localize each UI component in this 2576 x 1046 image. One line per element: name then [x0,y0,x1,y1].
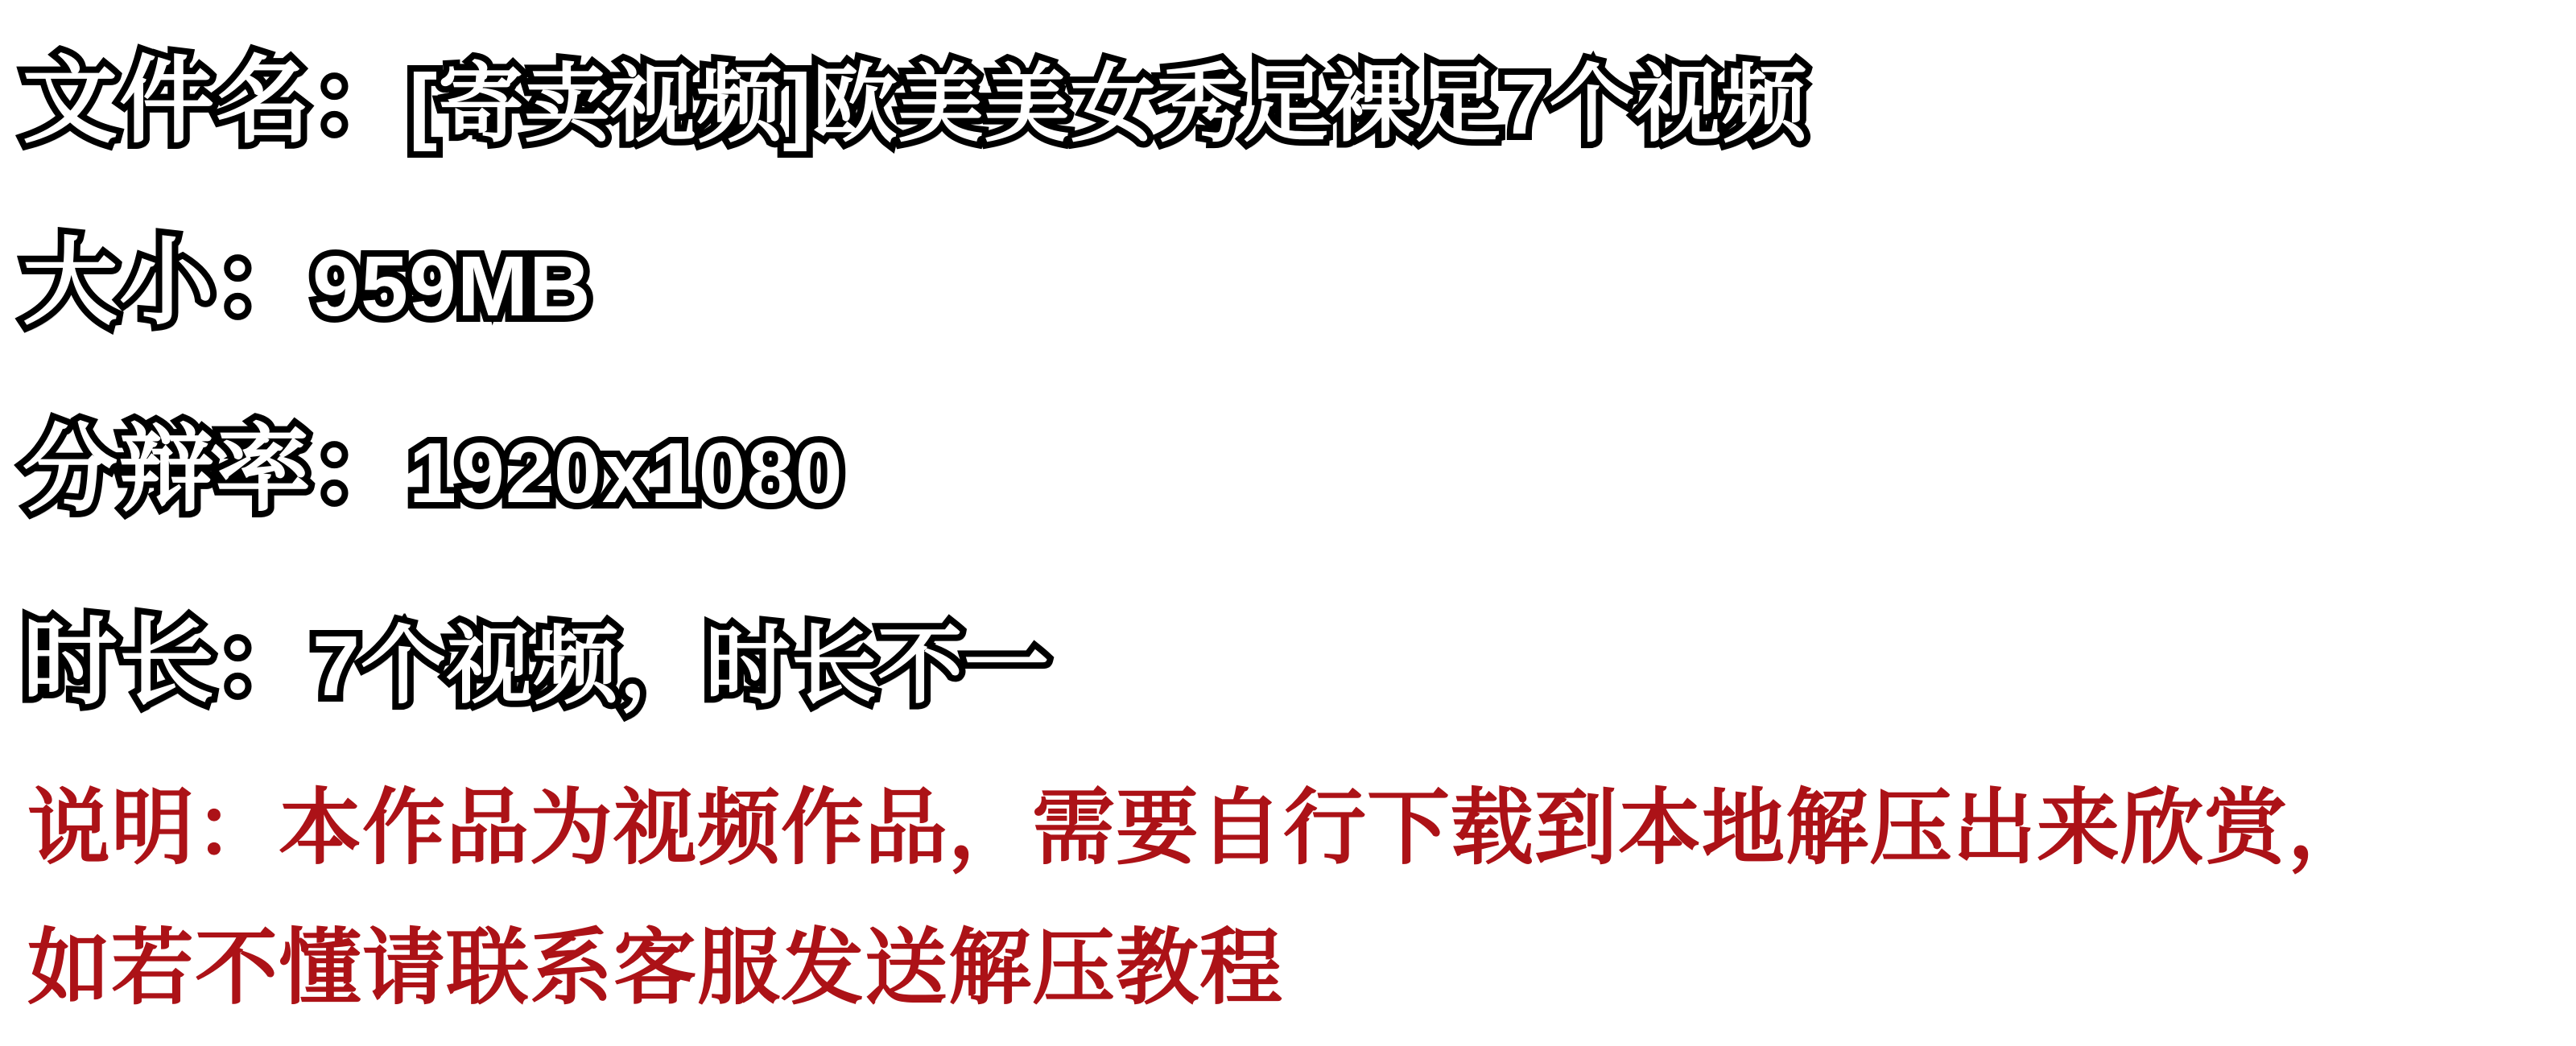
duration-line: 时长：7个视频，时长不一 时长：7个视频，时长不一 [23,612,1050,716]
file-size-fill-layer: 大小：959MB [23,232,592,336]
file-size-line: 大小：959MB 大小：959MB [23,232,592,336]
page: 文件名：[寄卖视频]欧美美女秀足裸足7个视频 文件名：[寄卖视频]欧美美女秀足裸… [0,0,2576,1046]
notice-line-1: 说明：本作品为视频作品，需要自行下载到本地解压出来欣赏， [27,782,2372,873]
file-name-line: 文件名：[寄卖视频]欧美美女秀足裸足7个视频 文件名：[寄卖视频]欧美美女秀足裸… [23,50,1808,154]
file-name-fill-layer: 文件名：[寄卖视频]欧美美女秀足裸足7个视频 [23,50,1808,154]
resolution-fill-layer: 分辩率：1920x1080 [23,418,844,523]
duration-fill-layer: 时长：7个视频，时长不一 [23,612,1050,716]
notice-line-2: 如若不懂请联系客服发送解压教程 [27,922,1283,1013]
resolution-line: 分辩率：1920x1080 分辩率：1920x1080 [23,418,844,523]
